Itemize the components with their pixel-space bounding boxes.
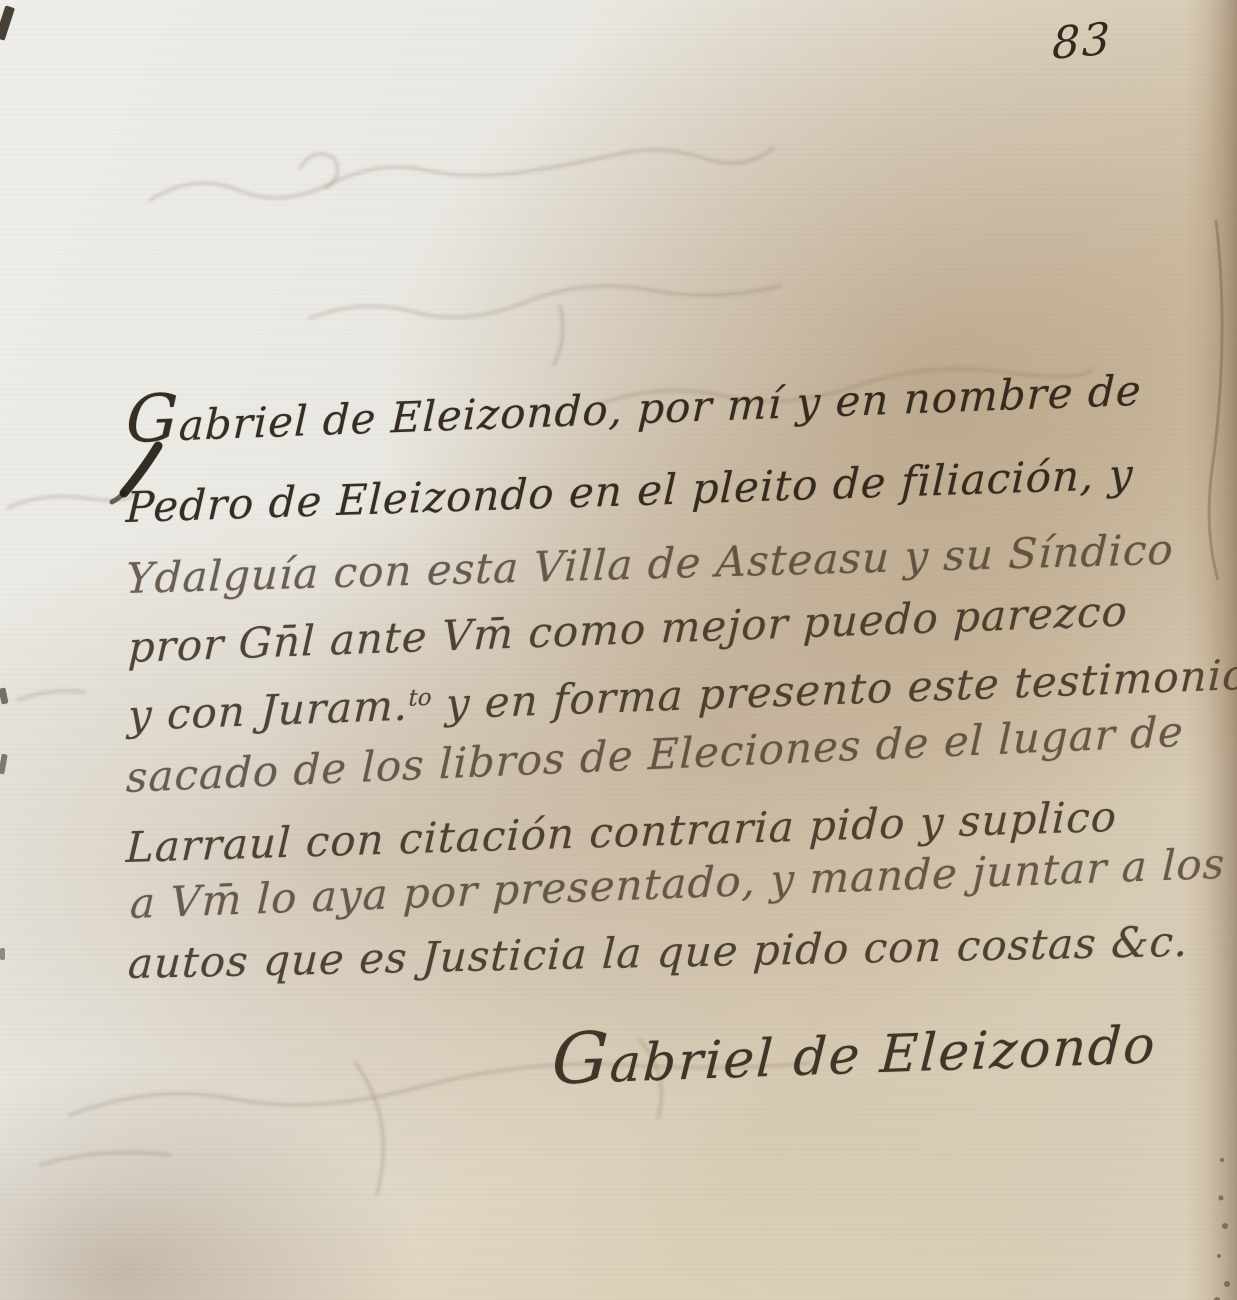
- ink-fleck: [0, 5, 15, 40]
- page-edge-shadow: [1185, 0, 1237, 1300]
- ink-fleck: [0, 948, 5, 960]
- line-segment: y con Juram.: [127, 681, 409, 740]
- manuscript-line: Gabriel de Eleizondo, por mí y en nombre…: [125, 358, 1226, 451]
- manuscript-line: autos que es Justicia la que pido con co…: [127, 919, 1229, 986]
- manuscript-line: Pedro de Eleizondo en el pleito de filia…: [125, 449, 1226, 530]
- manuscript-page: 83 Gabriel de Eleizondo, por mí y en nom…: [0, 0, 1237, 1300]
- folio-number: 83: [1052, 13, 1113, 70]
- ink-fleck: [0, 754, 8, 775]
- superscript-abbreviation: to: [408, 685, 432, 712]
- signature: Gabriel de Eleizondo: [550, 997, 1159, 1100]
- ink-fleck: [0, 687, 9, 704]
